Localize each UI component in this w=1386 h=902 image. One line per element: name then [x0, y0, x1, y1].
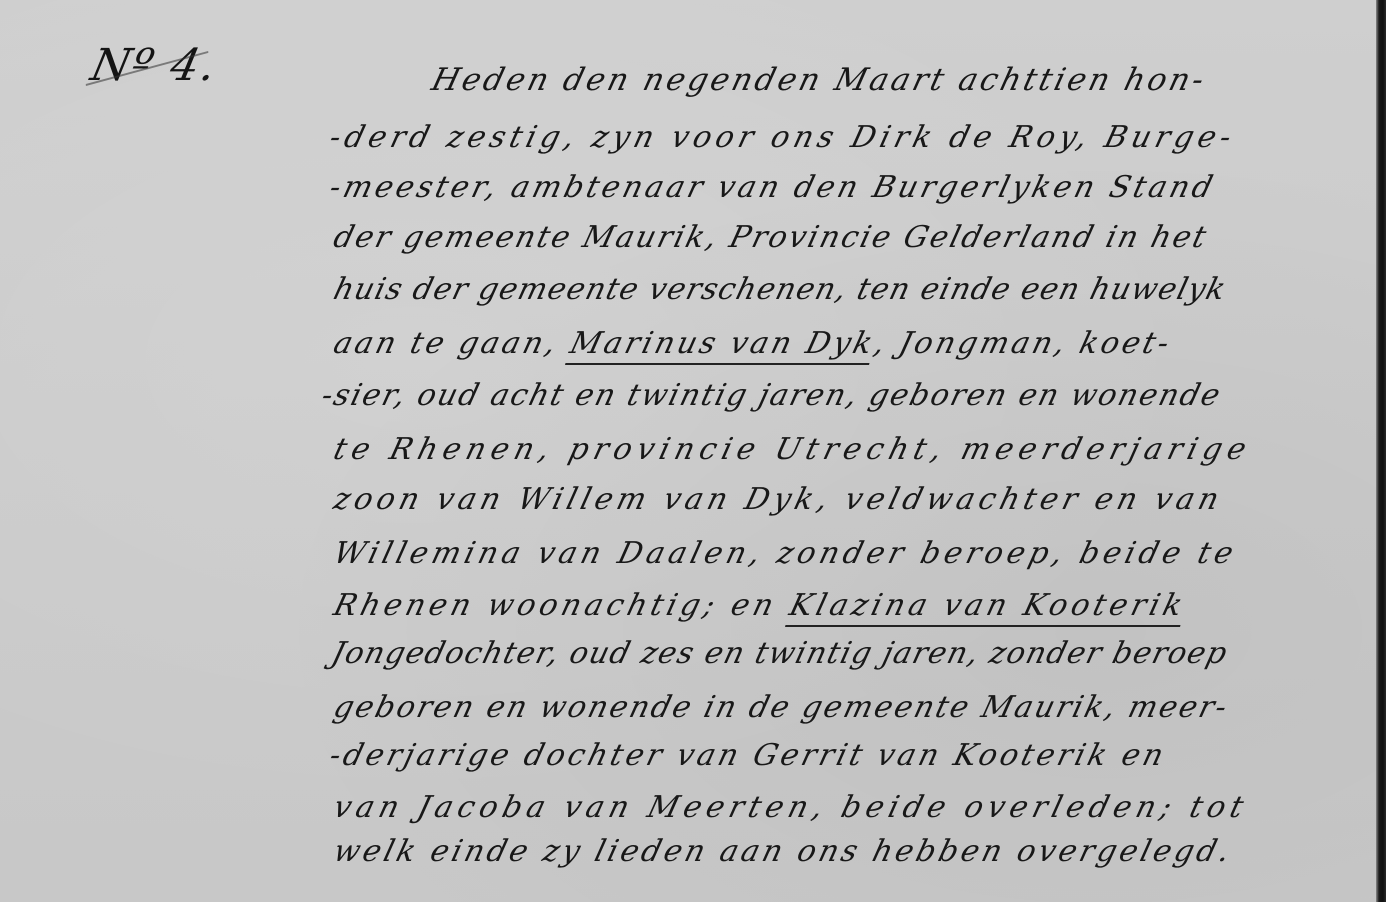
line-11-prefix: Rhenen woonachtig; en — [330, 588, 795, 623]
text-line-16: welk einde zy lieden aan ons hebben over… — [330, 834, 1236, 869]
text-line-7: -sier, oud acht en twintig jaren, gebore… — [318, 378, 1225, 413]
text-line-11: Rhenen woonachtig; en Klazina van Kooter… — [330, 588, 1190, 623]
text-line-8: te Rhenen, provincie Utrecht, meerderjar… — [330, 432, 1255, 467]
text-line-9: zoon van Willem van Dyk, veldwachter en … — [330, 482, 1227, 517]
text-line-6: aan te gaan, Marinus van Dyk, Jongman, k… — [330, 326, 1176, 361]
text-line-1: Heden den negenden Maart achttien hon- — [428, 62, 1211, 98]
scanned-document-page: Nº 4. Heden den negenden Maart achttien … — [0, 0, 1376, 902]
text-line-12: Jongedochter, oud zes en twintig jaren, … — [328, 636, 1232, 671]
groom-name: Marinus van Dyk — [565, 326, 879, 365]
scan-edge-border — [1376, 0, 1386, 902]
text-line-13: geboren en wonende in de gemeente Maurik… — [330, 690, 1233, 725]
text-line-4: der gemeente Maurik, Provincie Gelderlan… — [330, 220, 1212, 255]
text-line-3: -meester, ambtenaar van den Burgerlyken … — [326, 170, 1219, 205]
text-line-5: huis der gemeente verschenen, ten einde … — [330, 272, 1230, 307]
text-line-15: van Jacoba van Meerten, beide overleden;… — [330, 790, 1252, 825]
text-line-14: -derjarige dochter van Gerrit van Kooter… — [326, 738, 1170, 773]
line-6-suffix: , Jongman, koet- — [870, 326, 1175, 361]
text-line-2: -derd zestig, zyn voor ons Dirk de Roy, … — [326, 120, 1239, 155]
line-6-prefix: aan te gaan, — [330, 326, 575, 361]
handwritten-text-block: Heden den negenden Maart achttien hon- -… — [0, 0, 1376, 902]
text-line-10: Willemina van Daalen, zonder beroep, bei… — [330, 536, 1241, 571]
bride-name: Klazina van Kooterik — [785, 588, 1190, 627]
